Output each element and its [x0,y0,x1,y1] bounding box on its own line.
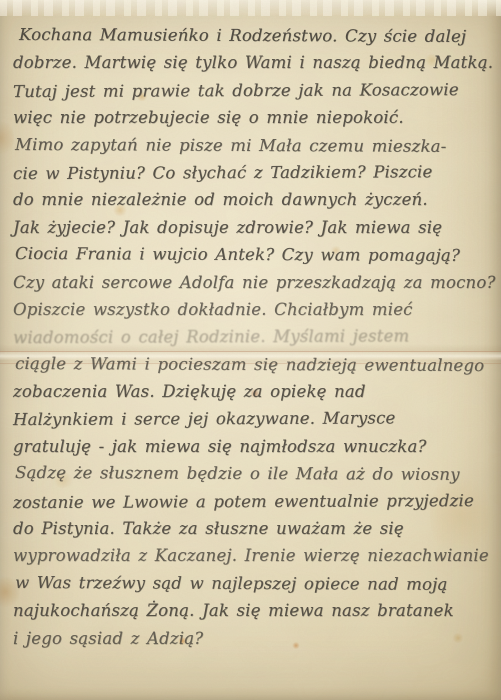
letter-line: Sądzę że słusznem będzie o ile Mała aż d… [15,459,499,489]
stain-spot [0,118,14,158]
letter-line: Czy ataki sercowe Adolfa nie przeszkadza… [13,269,499,296]
letter-line: Opiszcie wszystko dokładnie. Chciałbym m… [13,296,499,323]
letter-line: Ciocia Frania i wujcio Antek? Czy wam po… [15,240,499,270]
letter-line: w Was trzeźwy sąd w najlepszej opiece na… [15,569,499,599]
letter-line: dobrze. Martwię się tylko Wami i naszą b… [13,49,499,76]
letter-line: Mimo zapytań nie pisze mi Mała czemu mie… [15,131,499,161]
letter-text: Kochana Mamusieńko i Rodzeństwo. Czy ści… [13,22,499,652]
letter-line: Jak żyjecie? Jak dopisuje zdrowie? Jak m… [13,214,499,241]
letter-line-faded: wiadomości o całej Rodzinie. Myślami jes… [13,322,499,352]
letter-line: do mnie niezależnie od moich dawnych życ… [13,186,499,213]
letter-page: Kochana Mamusieńko i Rodzeństwo. Czy ści… [0,0,501,700]
letter-line: gratuluję - jak miewa się najmłodsza wnu… [13,433,499,460]
letter-line: cie w Pistyniu? Co słychać z Tadzikiem? … [13,158,499,188]
letter-line: zostanie we Lwowie a potem ewentualnie p… [13,487,499,517]
letter-line: wyprowadziła z Kaczanej. Irenie wierzę n… [13,542,499,569]
letter-line: zobaczenia Was. Dziękuję za opiekę nad [13,378,499,405]
letter-line: Halżynkiem i serce jej okazywane. Marysc… [13,404,499,434]
letter-line: do Pistynia. Także za słuszne uważam że … [13,515,499,542]
torn-paper-edge [0,0,501,16]
letter-line: Kochana Mamusieńko i Rodzeństwo. Czy ści… [19,21,499,50]
letter-line: ciągle z Wami i pocieszam się nadzieją e… [15,350,499,380]
letter-line: najukochańszą Żoną. Jak się miewa nasz b… [13,597,499,624]
letter-line: i jego sąsiad z Adzią? [13,625,499,652]
letter-line: więc nie potrzebujecie się o mnie niepok… [13,104,499,131]
letter-line: Tutaj jest mi prawie tak dobrze jak na K… [13,76,499,106]
